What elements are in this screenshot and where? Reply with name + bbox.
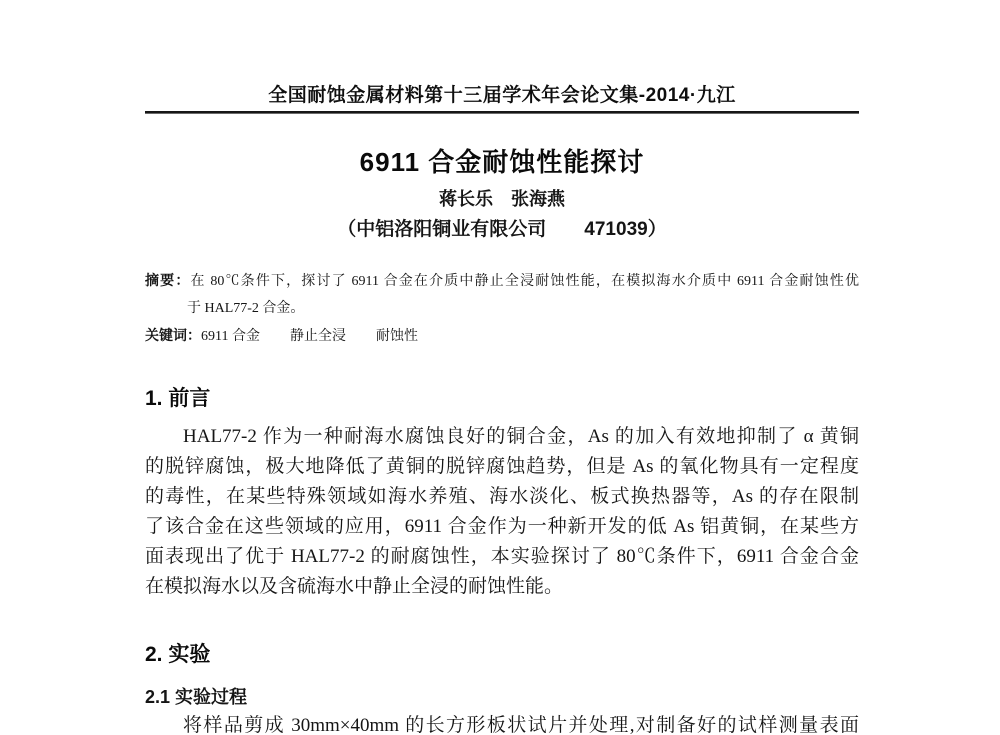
- paragraph-line: HAL77-2 作为一种耐海水腐蚀良好的铜合金，As 的加入有效地抑制了 α 黄…: [145, 422, 859, 452]
- paragraph-line: 了该合金在这些领域的应用，6911 合金作为一种新开发的低 As 铝黄铜，在某些…: [145, 512, 859, 542]
- paragraph-line: 面表现出了优于 HAL77-2 的耐腐蚀性，本实验探讨了 80℃条件下，6911…: [145, 542, 859, 572]
- abstract-line-1: 摘要：在 80℃条件下，探讨了 6911 合金在介质中静止全浸耐蚀性能，在模拟海…: [145, 267, 859, 295]
- keyword-item: 耐蚀性: [376, 329, 418, 344]
- abstract-block: 摘要：在 80℃条件下，探讨了 6911 合金在介质中静止全浸耐蚀性能，在模拟海…: [145, 267, 859, 350]
- authors-line: 蒋长乐 张海燕: [145, 189, 859, 210]
- section-2-heading: 2. 实验: [145, 642, 859, 668]
- page-content: 全国耐蚀金属材料第十三届学术年会论文集-2014·九江 6911 合金耐蚀性能探…: [145, 0, 859, 735]
- section-1-heading: 1. 前言: [145, 386, 859, 412]
- paragraph-line: 在模拟海水以及含硫海水中静止全浸的耐蚀性能。: [145, 572, 859, 602]
- intro-paragraph: HAL77-2 作为一种耐海水腐蚀良好的铜合金，As 的加入有效地抑制了 α 黄…: [145, 422, 859, 602]
- paragraph-line: 的脱锌腐蚀，极大地降低了黄铜的脱锌腐蚀趋势，但是 As 的氧化物具有一定程度: [145, 452, 859, 482]
- keyword-item: 静止全浸: [290, 329, 346, 344]
- paragraph-line: 将样品剪成 30mm×40mm 的长方形板状试片并处理,对制备好的试样测量表面: [145, 711, 859, 735]
- keywords-label: 关键词：: [145, 327, 201, 343]
- experiment-paragraph: 将样品剪成 30mm×40mm 的长方形板状试片并处理,对制备好的试样测量表面: [145, 711, 859, 735]
- keywords-line: 关键词：6911 合金静止全浸耐蚀性: [145, 322, 859, 350]
- conference-header: 全国耐蚀金属材料第十三届学术年会论文集-2014·九江: [145, 84, 859, 108]
- keyword-item: 6911 合金: [201, 329, 260, 344]
- abstract-label: 摘要：: [145, 272, 191, 288]
- affiliation-line: （中铝洛阳铜业有限公司 471039）: [145, 219, 859, 241]
- abstract-line-2: 于 HAL77-2 合金。: [145, 295, 859, 322]
- abstract-text-1: 在 80℃条件下，探讨了 6911 合金在介质中静止全浸耐蚀性能，在模拟海水介质…: [191, 274, 860, 289]
- section-2-1-heading: 2.1 实验过程: [145, 686, 859, 708]
- paragraph-line: 的毒性，在某些特殊领域如海水养殖、海水淡化、板式换热器等，As 的存在限制: [145, 482, 859, 512]
- paper-title: 6911 合金耐蚀性能探讨: [145, 147, 859, 177]
- header-divider-rule: [145, 111, 859, 114]
- paper-page: 全国耐蚀金属材料第十三届学术年会论文集-2014·九江 6911 合金耐蚀性能探…: [0, 0, 1000, 735]
